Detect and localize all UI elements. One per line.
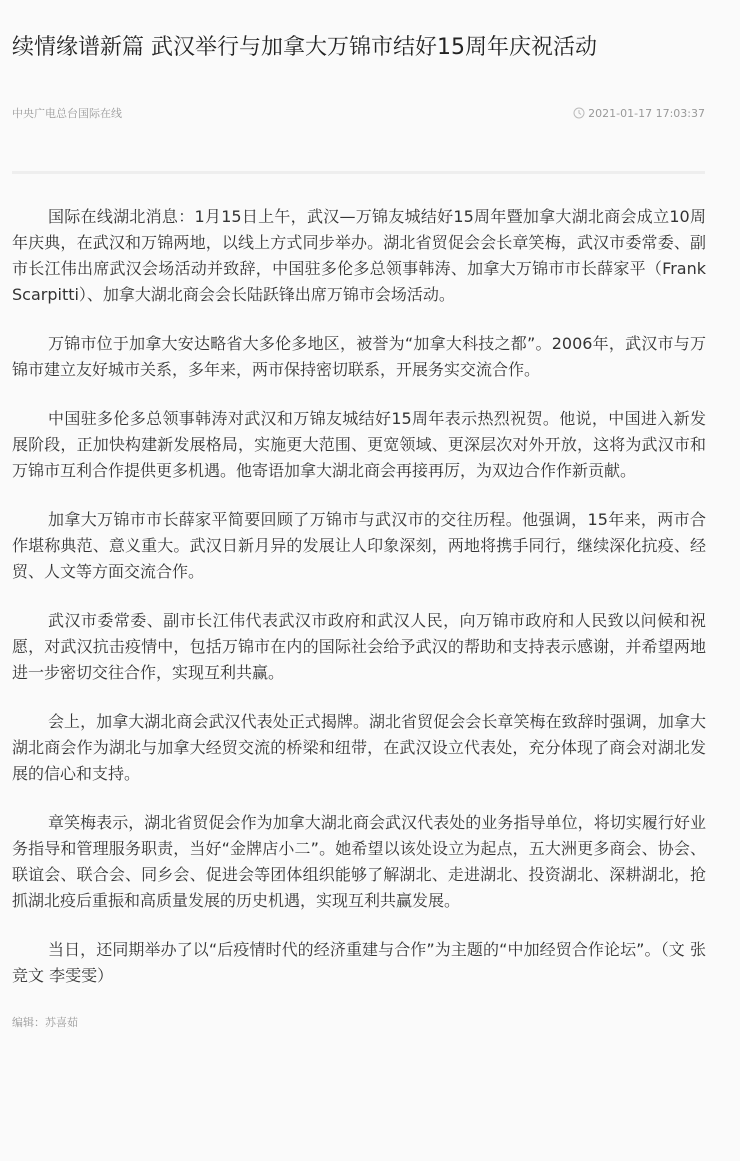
paragraph: 武汉市委常委、副市长江伟代表武汉市政府和武汉人民，向万锦市政府和人民致以问候和祝… [12, 608, 706, 686]
editor-credit: 编辑：苏喜茹 [12, 1014, 705, 1030]
paragraph: 会上，加拿大湖北商会武汉代表处正式揭牌。湖北省贸促会会长章笑梅在致辞时强调，加拿… [12, 709, 706, 787]
article-title: 续情缘谱新篇 武汉举行与加拿大万锦市结好15周年庆祝活动 [12, 0, 705, 63]
paragraph: 加拿大万锦市市长薛家平简要回顾了万锦市与武汉市的交往历程。他强调，15年来，两市… [12, 507, 706, 585]
header-divider [12, 171, 705, 174]
article-time: 2021-01-17 17:03:37 [573, 107, 705, 120]
article-timestamp: 2021-01-17 17:03:37 [588, 107, 705, 120]
article-source: 中央广电总台国际在线 [12, 105, 122, 121]
paragraph: 章笑梅表示，湖北省贸促会作为加拿大湖北商会武汉代表处的业务指导单位，将切实履行好… [12, 810, 706, 914]
article-body: 国际在线湖北消息：1月15日上午，武汉—万锦友城结好15周年暨加拿大湖北商会成立… [12, 204, 706, 989]
article: 续情缘谱新篇 武汉举行与加拿大万锦市结好15周年庆祝活动 中央广电总台国际在线 … [0, 0, 740, 1030]
paragraph: 万锦市位于加拿大安达略省大多伦多地区，被誉为“加拿大科技之都”。2006年，武汉… [12, 331, 706, 383]
clock-icon [573, 107, 585, 119]
article-meta: 中央广电总台国际在线 2021-01-17 17:03:37 [12, 105, 705, 121]
paragraph: 当日，还同期举办了以“后疫情时代的经济重建与合作”为主题的“中加经贸合作论坛”。… [12, 937, 706, 989]
paragraph: 中国驻多伦多总领事韩涛对武汉和万锦友城结好15周年表示热烈祝贺。他说，中国进入新… [12, 406, 706, 484]
paragraph: 国际在线湖北消息：1月15日上午，武汉—万锦友城结好15周年暨加拿大湖北商会成立… [12, 204, 706, 308]
